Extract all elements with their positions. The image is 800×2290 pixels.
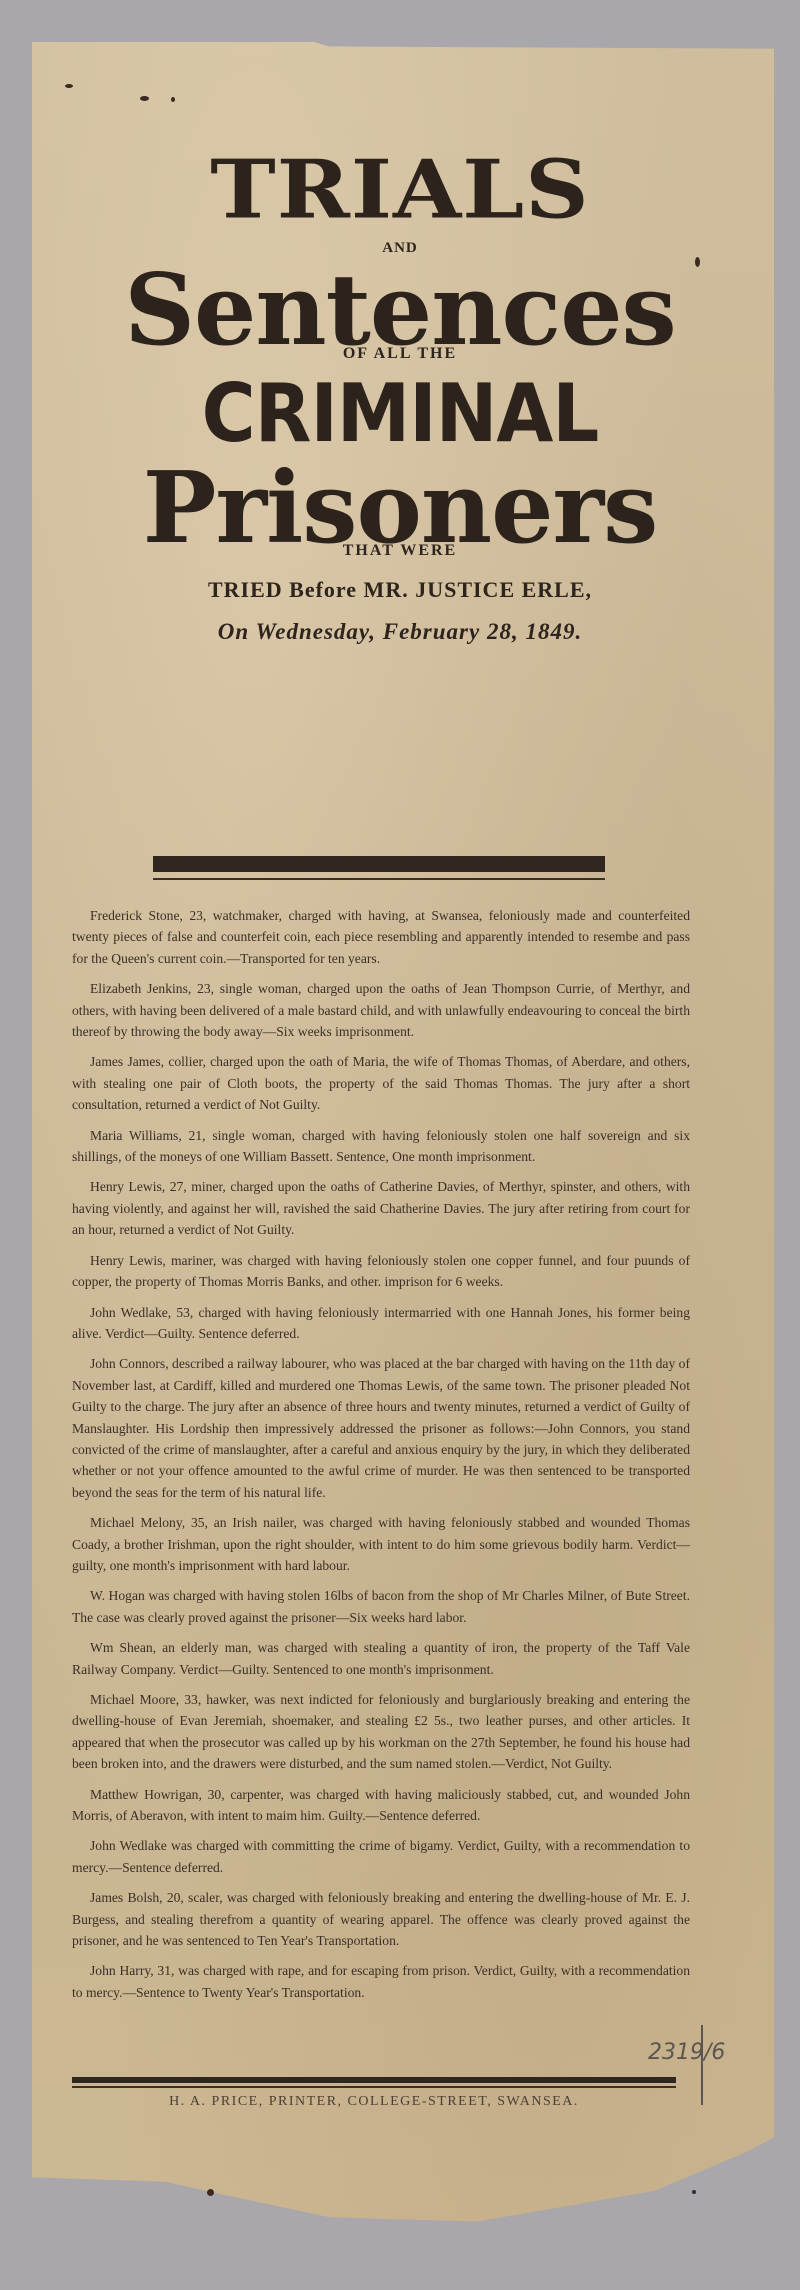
paper-hole [207,2189,214,2196]
header-rule [153,856,605,872]
trial-entry: Henry Lewis, mariner, was charged with h… [72,1250,690,1293]
trial-entry: Frederick Stone, 23, watchmaker, charged… [72,905,690,969]
header-rule-thin [153,878,605,880]
trial-entry: Michael Moore, 33, hawker, was next indi… [72,1689,690,1775]
trial-entry: Elizabeth Jenkins, 23, single woman, cha… [72,978,690,1042]
title-trials: TRIALS [0,149,800,230]
printer-imprint: H. A. PRICE, PRINTER, COLLEGE-STREET, SW… [72,2094,676,2110]
trial-entry: Wm Shean, an elderly man, was charged wi… [72,1637,690,1680]
title-criminal: CRIMINAL [32,374,768,454]
trial-entry: John Harry, 31, was charged with rape, a… [72,1960,690,2003]
paper-stain [65,84,73,88]
trial-entry: James Bolsh, 20, scaler, was charged wit… [72,1887,690,1951]
shelfmark-divider [701,2025,703,2105]
trial-entry: Henry Lewis, 27, miner, charged upon the… [72,1176,690,1240]
title-of-all-the: OF ALL THE [0,345,800,363]
trial-entry: W. Hogan was charged with having stolen … [72,1585,690,1628]
trial-entry: John Connors, described a railway labour… [72,1353,690,1503]
paper-stain [171,97,175,102]
paper-hole [692,2190,696,2194]
subtitle-date: On Wednesday, February 28, 1849. [0,619,800,645]
footer-rule-thin [72,2086,676,2088]
trial-entry: John Wedlake was charged with committing… [72,1835,690,1878]
trial-entry: Michael Melony, 35, an Irish nailer, was… [72,1512,690,1576]
trial-entry: Matthew Howrigan, 30, carpenter, was cha… [72,1784,690,1827]
trial-entry: John Wedlake, 53, charged with having fe… [72,1302,690,1345]
trial-entry: Maria Williams, 21, single woman, charge… [72,1125,690,1168]
paper-stain [140,96,149,101]
handwritten-shelfmark: 2319/6 [648,2040,725,2065]
trial-entries: Frederick Stone, 23, watchmaker, charged… [72,905,690,2012]
trial-entry: James James, collier, charged upon the o… [72,1051,690,1115]
subtitle-tried-before: TRIED Before MR. JUSTICE ERLE, [0,577,800,603]
title-that-were: THAT WERE [0,542,800,560]
footer-rule [72,2077,676,2083]
